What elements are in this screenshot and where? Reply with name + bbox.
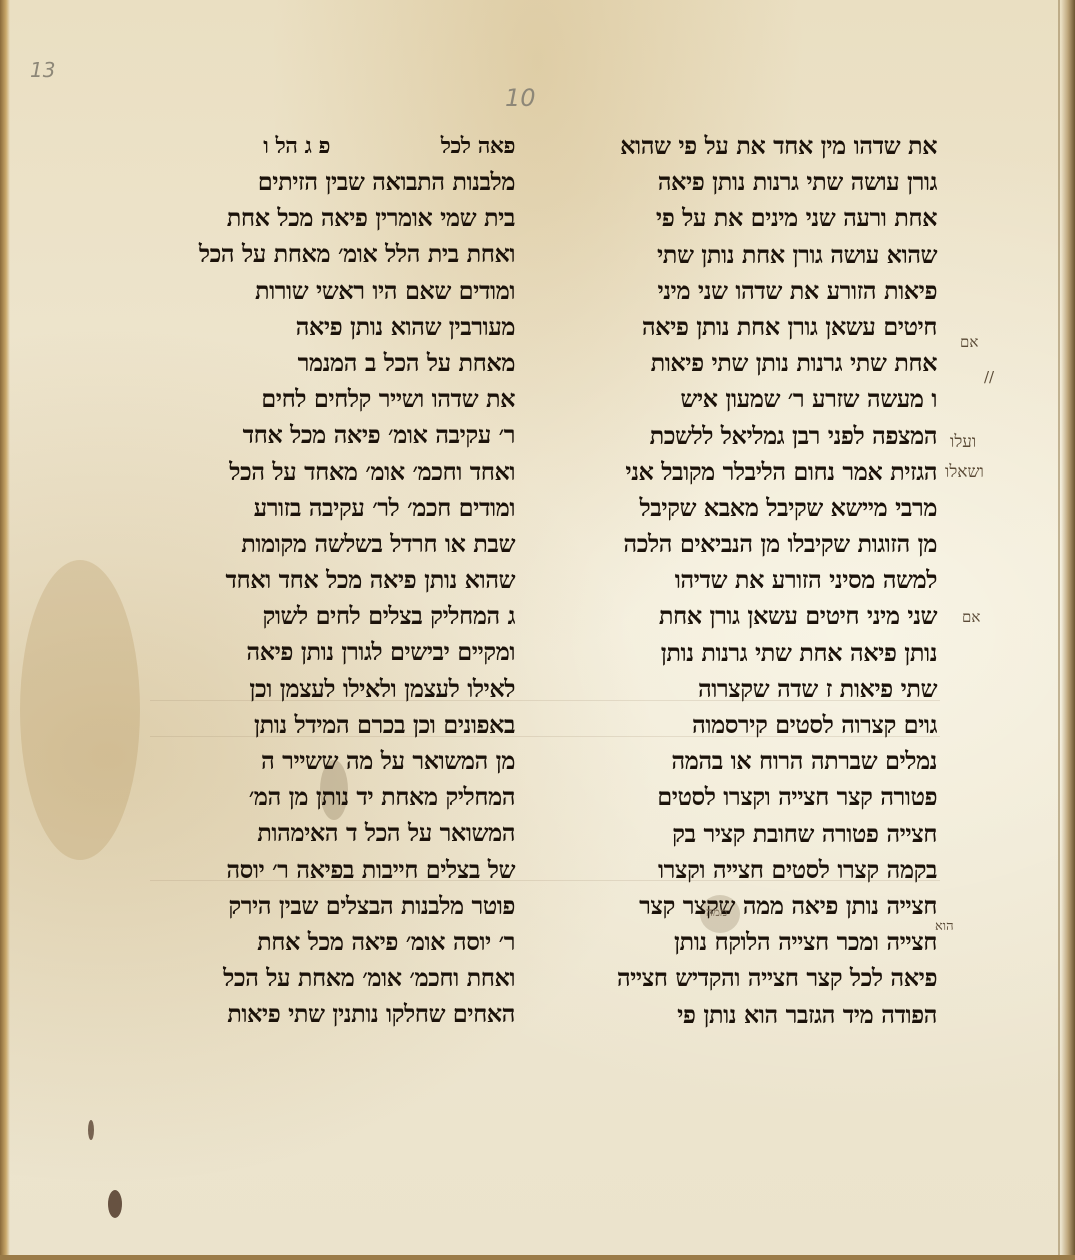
text-line: מעורבין שהוא נותן פיאה [150, 309, 515, 345]
text-line: פיאות הזורע את שדהו שני מיני [572, 273, 937, 309]
text-line: שהוא נותן פיאה מכל אחד ואחד [150, 562, 515, 598]
pencil-folio-number: 10 [505, 84, 536, 112]
ink-blot [108, 1190, 122, 1218]
text-line: את שדהו ושייר קלחים לחים [150, 381, 515, 417]
text-line: את שדהו מין אחד את על פי שהוא [572, 128, 937, 164]
text-line: חיטים עשאן גורן אחת נותן פיאה [572, 309, 937, 345]
text-line: אחת ורעה שני מינים את על פי [572, 200, 937, 236]
margin-note: אם [962, 608, 980, 627]
text-line: מאחת על הכל ב המנמר [150, 345, 515, 381]
manuscript-page: 13 10 פאה לכל פ ג הל ו את שדהו מין אחד א… [0, 0, 1075, 1260]
water-stain [20, 560, 140, 860]
text-column-right: את שדהו מין אחד את על פי שהוא גורן עושה … [572, 128, 937, 1033]
text-line: הפודה מיד הגזבר הוא נותן פי [572, 997, 937, 1033]
text-column-left: מלבנות התבואה שבין הזיתים בית שמי אומרין… [150, 164, 515, 1033]
text-line: באפונים וכן בכרם המידל נותן [150, 707, 515, 743]
text-line: פוטר מלבנות הבצלים שבין הירק [150, 888, 515, 924]
text-line: של בצלים חייבות בפיאה ר׳ יוסה [150, 852, 515, 888]
text-line: מרבי מיישא שקיבל מאבא שקיבל [572, 490, 937, 526]
text-line: המצפה לפני רבן גמליאל ללשכת [572, 418, 937, 454]
text-line: מן הזוגות שקיבלו מן הנביאים הלכה [572, 526, 937, 562]
text-line: ו מעשה שזרע ר׳ שמעון איש [572, 381, 937, 417]
text-line: בית שמי אומרין פיאה מכל אחת [150, 200, 515, 236]
text-line: מן המשואר על מה ששייר ה [150, 743, 515, 779]
text-line: ומקיים יבישים לגורן נותן פיאה [150, 634, 515, 670]
text-line: מלבנות התבואה שבין הזיתים [150, 164, 515, 200]
text-line: חצייה נותן פיאה ממה שקצר קצר [572, 888, 937, 924]
text-line: הגזית אמר נחום הליבלר מקובל אני [572, 454, 937, 490]
margin-note: אם [960, 333, 978, 352]
text-line: למשה מסיני הזורע את שדיהו [572, 562, 937, 598]
text-line: ואחת בית הלל אומ׳ מאחת על הכל [150, 236, 515, 272]
text-line: חצייה ומכר חצייה הלוקח נותן [572, 924, 937, 960]
text-line: שהוא עושה גורן אחת נותן שתי [572, 237, 937, 273]
text-line: ר׳ עקיבה אומ׳ פיאה מכל אחד [150, 417, 515, 453]
text-line: ג המחליק בצלים לחים לשוק [150, 598, 515, 634]
text-line: גוים קצרוה לסטים קירסמוה [572, 707, 937, 743]
text-line: ואחד וחכמ׳ אומ׳ מאחד על הכל [150, 454, 515, 490]
text-line: ומודים שאם היו ראשי שורות [150, 273, 515, 309]
text-line: שני מיני חיטים עשאן גורן אחת [572, 598, 937, 634]
interlinear-note: ממה [706, 905, 727, 920]
running-head-left: פ ג הל ו [150, 128, 330, 164]
text-line: גורן עושה שתי גרנות נותן פיאה [572, 164, 937, 200]
text-line: המשואר על הכל ד האימהות [150, 815, 515, 851]
text-line: ומודים חכמ׳ לר׳ עקיבה בזורע [150, 490, 515, 526]
text-line: פיאה לכל קצר חצייה והקדיש חצייה [572, 960, 937, 996]
text-line: חצייה פטורה שחובת קציר בק [572, 816, 937, 852]
pencil-folio-number: 13 [30, 58, 55, 82]
text-line: שתי פיאות ז שדה שקצרוה [572, 671, 937, 707]
text-line: לאילו לעצמן ולאילו לעצמן וכן [150, 671, 515, 707]
margin-note: ושאלו [945, 462, 984, 482]
running-head-row-left: פ ג הל ו [150, 128, 330, 164]
text-line: אחת שתי גרנות נותן שתי פיאות [572, 345, 937, 381]
text-line: המחליק מאחת יד נותן מן המ׳ [150, 779, 515, 815]
ink-blot [88, 1120, 94, 1140]
text-line: פטורה קצר חצייה וקצרו לסטים [572, 779, 937, 815]
margin-note: ועלו [950, 432, 976, 452]
text-line: האחים שחלקו נותנין שתי פיאות [150, 996, 515, 1032]
page-left-edge [0, 0, 10, 1260]
text-line: ואחת וחכמ׳ אומ׳ מאחת על הכל [150, 960, 515, 996]
text-line: ר׳ יוסה אומ׳ פיאה מכל אחת [150, 924, 515, 960]
text-line: נמלים שברתה הרוח או בהמה [572, 743, 937, 779]
page-bottom-edge [0, 1255, 1075, 1260]
text-line: נותן פיאה אחת שתי גרנות נותן [572, 635, 937, 671]
margin-note: // [984, 368, 994, 386]
text-line: בקמה קצרו לסטים חצייה וקצרו [572, 852, 937, 888]
binding-gutter [1058, 0, 1060, 1260]
margin-note: הוא [935, 918, 954, 934]
text-line: שבת או חרדל בשלשה מקומות [150, 526, 515, 562]
page-right-edge [1061, 0, 1075, 1260]
